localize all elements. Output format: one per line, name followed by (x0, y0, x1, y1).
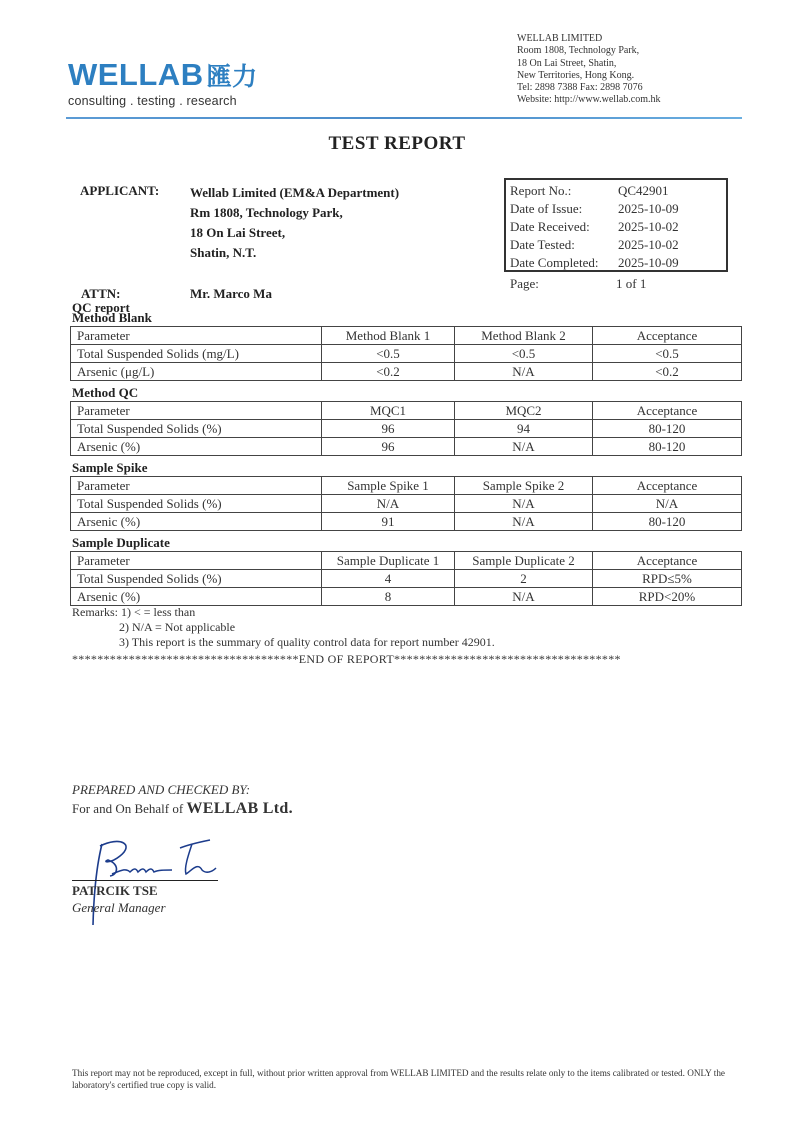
on-behalf-line: For and On Behalf of WELLAB Ltd. (72, 800, 293, 818)
table-row: Total Suspended Solids (%)969480-120 (71, 420, 742, 438)
end-of-report-marker: ************************************END … (72, 652, 621, 667)
value-cell: 80-120 (593, 420, 742, 438)
parameter-cell: Total Suspended Solids (%) (71, 495, 322, 513)
table-row: Arsenic (%)96N/A80-120 (71, 438, 742, 456)
value-cell: <0.5 (593, 345, 742, 363)
table-header-row: ParameterMQC1MQC2Acceptance (71, 402, 742, 420)
info-label: Report No.: (506, 182, 618, 200)
parameter-cell: Arsenic (μg/L) (71, 363, 322, 381)
section-title: Method Blank (72, 310, 152, 326)
company-address-line: Room 1808, Technology Park, (517, 45, 661, 57)
parameter-cell: Total Suspended Solids (%) (71, 570, 322, 588)
report-info-box: Report No.:QC42901 Date of Issue:2025-10… (504, 178, 728, 272)
applicant-address-line: Shatin, N.T. (190, 243, 399, 263)
value-cell: 96 (322, 420, 455, 438)
column-header: Acceptance (593, 552, 742, 570)
page-label: Page: (510, 276, 616, 292)
company-name: WELLAB LIMITED (517, 33, 661, 45)
column-header: Parameter (71, 477, 322, 495)
value-cell: <0.5 (455, 345, 593, 363)
value-cell: 91 (322, 513, 455, 531)
info-label: Date Tested: (506, 236, 618, 254)
value-cell: <0.2 (593, 363, 742, 381)
value-cell: RPD<20% (593, 588, 742, 606)
logo-chinese: 匯力 (207, 62, 258, 91)
value-cell: N/A (593, 495, 742, 513)
header-divider (66, 117, 742, 119)
value-cell: 4 (322, 570, 455, 588)
column-header: Acceptance (593, 402, 742, 420)
value-cell: RPD≤5% (593, 570, 742, 588)
report-number-row: Report No.:QC42901 (506, 182, 726, 200)
qc-table: ParameterSample Spike 1Sample Spike 2Acc… (70, 476, 742, 531)
column-header: Parameter (71, 552, 322, 570)
column-header: Sample Spike 2 (455, 477, 593, 495)
info-label: Date Received: (506, 218, 618, 236)
prepared-by-label: PREPARED AND CHECKED BY: (72, 782, 250, 798)
remark-item: 2) N/A = Not applicable (72, 620, 495, 635)
info-value: QC42901 (618, 182, 669, 200)
column-header: MQC2 (455, 402, 593, 420)
signatory-name: PATRCIK TSE (72, 883, 158, 899)
attn-value: Mr. Marco Ma (190, 286, 272, 302)
table-row: Arsenic (%)8N/ARPD<20% (71, 588, 742, 606)
applicant-address-line: Rm 1808, Technology Park, (190, 203, 399, 223)
table-header-row: ParameterSample Spike 1Sample Spike 2Acc… (71, 477, 742, 495)
parameter-cell: Arsenic (%) (71, 438, 322, 456)
value-cell: 8 (322, 588, 455, 606)
column-header: Sample Duplicate 1 (322, 552, 455, 570)
parameter-cell: Total Suspended Solids (mg/L) (71, 345, 322, 363)
info-value: 2025-10-09 (618, 254, 679, 272)
logo-text: WELLAB (68, 57, 204, 92)
section-title: Sample Duplicate (72, 535, 170, 551)
signature-line (72, 880, 218, 881)
page-value: 1 of 1 (616, 276, 646, 292)
table-header-row: ParameterMethod Blank 1Method Blank 2Acc… (71, 327, 742, 345)
column-header: Acceptance (593, 477, 742, 495)
parameter-cell: Arsenic (%) (71, 513, 322, 531)
table-row: Total Suspended Solids (mg/L)<0.5<0.5<0.… (71, 345, 742, 363)
company-address-line: 18 On Lai Street, Shatin, (517, 58, 661, 70)
applicant-name: Wellab Limited (EM&A Department) (190, 183, 399, 203)
value-cell: 80-120 (593, 438, 742, 456)
table-header-row: ParameterSample Duplicate 1Sample Duplic… (71, 552, 742, 570)
company-phone-fax: Tel: 2898 7388 Fax: 2898 7076 (517, 82, 661, 94)
company-address-block: WELLAB LIMITED Room 1808, Technology Par… (517, 33, 661, 107)
section-title: Sample Spike (72, 460, 148, 476)
remark-item: 3) This report is the summary of quality… (72, 635, 495, 650)
value-cell: <0.2 (322, 363, 455, 381)
column-header: MQC1 (322, 402, 455, 420)
remarks: Remarks: 1) < = less than 2) N/A = Not a… (72, 605, 495, 650)
company-address-line: New Territories, Hong Kong. (517, 70, 661, 82)
company-logo: WELLAB匯力 consulting . testing . research (68, 60, 258, 108)
column-header: Sample Spike 1 (322, 477, 455, 495)
column-header: Method Blank 2 (455, 327, 593, 345)
value-cell: N/A (455, 438, 593, 456)
applicant-address-line: 18 On Lai Street, (190, 223, 399, 243)
company-website: Website: http://www.wellab.com.hk (517, 94, 661, 106)
behalf-company: WELLAB Ltd. (186, 800, 292, 817)
remark-item: 1) < = less than (121, 605, 195, 619)
table-row: Arsenic (%)91N/A80-120 (71, 513, 742, 531)
table-row: Arsenic (μg/L)<0.2N/A<0.2 (71, 363, 742, 381)
applicant-details: Wellab Limited (EM&A Department) Rm 1808… (190, 183, 399, 263)
page-number-row: Page: 1 of 1 (510, 276, 646, 292)
value-cell: N/A (455, 513, 593, 531)
date-received-row: Date Received:2025-10-02 (506, 218, 726, 236)
parameter-cell: Total Suspended Solids (%) (71, 420, 322, 438)
value-cell: N/A (455, 588, 593, 606)
footer-disclaimer: This report may not be reproduced, excep… (72, 1067, 732, 1092)
value-cell: 94 (455, 420, 593, 438)
table-row: Total Suspended Solids (%)42RPD≤5% (71, 570, 742, 588)
value-cell: 80-120 (593, 513, 742, 531)
info-value: 2025-10-09 (618, 200, 679, 218)
value-cell: N/A (455, 363, 593, 381)
table-row: Total Suspended Solids (%)N/AN/AN/A (71, 495, 742, 513)
section-title: Method QC (72, 385, 138, 401)
value-cell: 2 (455, 570, 593, 588)
value-cell: 96 (322, 438, 455, 456)
date-of-issue-row: Date of Issue:2025-10-09 (506, 200, 726, 218)
page-title: TEST REPORT (0, 133, 794, 155)
logo-tagline: consulting . testing . research (68, 94, 258, 108)
behalf-prefix: For and On Behalf of (72, 801, 186, 816)
qc-table: ParameterMQC1MQC2AcceptanceTotal Suspend… (70, 401, 742, 456)
date-completed-row: Date Completed:2025-10-09 (506, 254, 726, 272)
date-tested-row: Date Tested:2025-10-02 (506, 236, 726, 254)
applicant-label: APPLICANT: (80, 183, 159, 199)
column-header: Parameter (71, 402, 322, 420)
column-header: Sample Duplicate 2 (455, 552, 593, 570)
info-label: Date Completed: (506, 254, 618, 272)
logo-wordmark: WELLAB匯力 (68, 60, 258, 92)
value-cell: <0.5 (322, 345, 455, 363)
info-label: Date of Issue: (506, 200, 618, 218)
column-header: Acceptance (593, 327, 742, 345)
value-cell: N/A (322, 495, 455, 513)
column-header: Method Blank 1 (322, 327, 455, 345)
info-value: 2025-10-02 (618, 218, 679, 236)
remarks-label: Remarks: (72, 605, 118, 619)
value-cell: N/A (455, 495, 593, 513)
signatory-title: General Manager (72, 900, 166, 916)
parameter-cell: Arsenic (%) (71, 588, 322, 606)
qc-table: ParameterMethod Blank 1Method Blank 2Acc… (70, 326, 742, 381)
info-value: 2025-10-02 (618, 236, 679, 254)
qc-table: ParameterSample Duplicate 1Sample Duplic… (70, 551, 742, 606)
column-header: Parameter (71, 327, 322, 345)
